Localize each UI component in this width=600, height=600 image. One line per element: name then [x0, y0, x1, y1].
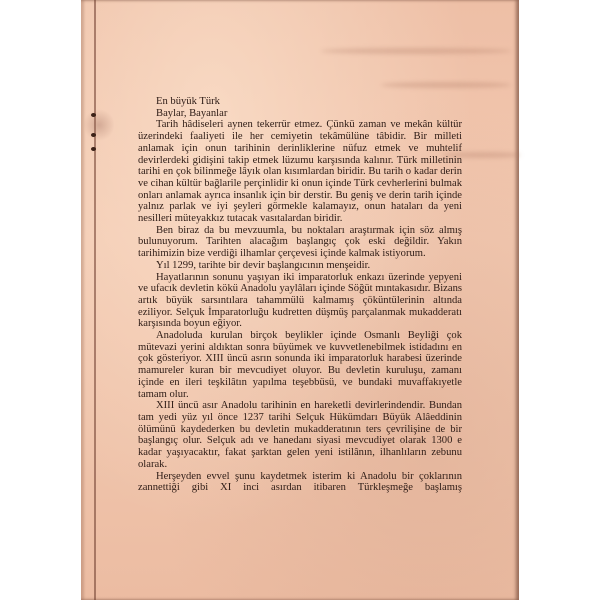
paragraph: Herşeyden evvel şunu kaydetmek isterim k…: [138, 471, 462, 494]
paper-wrinkle: [381, 82, 511, 88]
binding-crease: [94, 0, 96, 600]
paper-wrinkle: [321, 48, 511, 54]
staple-stain: [84, 108, 114, 142]
document-text: En büyük Türk Baylar, Bayanlar Tarih hâd…: [138, 96, 462, 494]
paragraph: Anadoluda kurulan birçok beylikler içind…: [138, 330, 462, 400]
staple-hole-icon: [91, 133, 96, 137]
paragraph: XIII üncü asır Anadolu tarihinin en hare…: [138, 400, 462, 470]
staple-hole-icon: [91, 147, 96, 151]
paragraph: Yıl 1299, tarihte bir devir başlangıcını…: [138, 260, 462, 272]
salutation-line: En büyük Türk: [138, 96, 462, 108]
paragraph: Hayatlarının sonunu yaşıyan iki imparato…: [138, 272, 462, 331]
paragraph: Tarih hâdiseleri aynen tekerrür etmez. Ç…: [138, 119, 462, 224]
staple-hole-icon: [91, 113, 96, 117]
paragraph: Ben biraz da bu mevzuumla, bu noktaları …: [138, 225, 462, 260]
salutation-line: Baylar, Bayanlar: [138, 108, 462, 120]
